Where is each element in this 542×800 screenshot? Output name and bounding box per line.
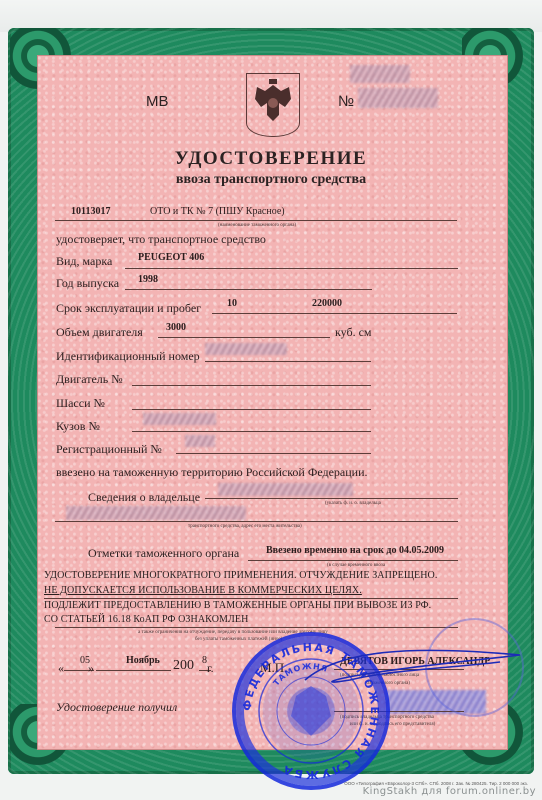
- usage-label: Срок эксплуатации и пробег: [56, 301, 201, 316]
- number-label: №: [338, 93, 354, 110]
- engine-no-label: Двигатель №: [56, 372, 123, 387]
- make-label: Вид, марка: [56, 254, 112, 269]
- document-subtitle: ввоза транспортного средства: [0, 172, 542, 188]
- customs-marks-caption: (в случае временного ввоза: [327, 563, 385, 568]
- date-year-abbr: г.: [207, 661, 214, 676]
- owner-caption-1: (указать ф. и. о. владельца: [325, 501, 381, 506]
- body-no-label: Кузов №: [56, 419, 100, 434]
- customs-note-2: НЕ ДОПУСКАЕТСЯ ИСПОЛЬЗОВАНИЕ В КОММЕРЧЕС…: [44, 585, 362, 596]
- receipt-label: Удостоверение получил: [56, 700, 177, 715]
- russian-coat-of-arms-icon: [246, 73, 300, 137]
- redacted-vin: [205, 343, 287, 355]
- year-label: Год выпуска: [56, 276, 119, 291]
- make-value: PEUGEOT 406: [138, 252, 204, 263]
- redacted-owner-name: [218, 483, 353, 496]
- series-label: МВ: [146, 93, 169, 110]
- customs-office: ОТО и ТК № 7 (ПШУ Красное): [150, 206, 285, 217]
- redacted-owner-address: [66, 506, 246, 520]
- date-open-quote: «: [58, 661, 64, 676]
- imported-text: ввезено на таможенную территорию Российс…: [56, 465, 368, 480]
- customs-marks-value: Ввезено временно на срок до 04.05.2009: [266, 545, 444, 556]
- engine-volume-value: 3000: [166, 322, 186, 333]
- redacted-number: [358, 88, 438, 108]
- intro-text: удостоверяет, что транспортное средство: [56, 232, 266, 247]
- owner-label: Сведения о владельце: [88, 490, 200, 505]
- customs-note-4: СО СТАТЬЕЙ 16.18 КоАП РФ ОЗНАКОМЛЕН: [44, 614, 248, 625]
- redacted-number-top: [350, 65, 410, 83]
- date-close-quote: »: [88, 661, 94, 676]
- usage-mileage: 220000: [312, 298, 342, 309]
- reg-no-label: Регистрационный №: [56, 442, 162, 457]
- year-value: 1998: [138, 274, 158, 285]
- watermark: KingStakh для forum.onliner.by: [363, 786, 536, 797]
- usage-years: 10: [227, 298, 237, 309]
- customs-marks-label: Отметки таможенного органа: [88, 546, 239, 561]
- vin-label: Идентификационный номер: [56, 349, 200, 364]
- engine-volume-unit: куб. см: [335, 325, 372, 340]
- customs-note-3: ПОДЛЕЖИТ ПРЕДОСТАВЛЕНИЮ В ТАМОЖЕННЫЕ ОРГ…: [44, 600, 431, 611]
- document-title: УДОСТОВЕРЕНИЕ: [0, 148, 542, 170]
- signature: [300, 640, 530, 710]
- customs-note-1: УДОСТОВЕРЕНИЕ МНОГОКРАТНОГО ПРИМЕНЕНИЯ. …: [44, 570, 437, 581]
- owner-caption-2: транспортного средства, адрес его места …: [188, 524, 302, 529]
- customs-office-caption: (наименование таможенного органа): [218, 223, 296, 228]
- redacted-body-no: [143, 413, 216, 425]
- customs-code: 10113017: [71, 206, 110, 217]
- chassis-no-label: Шасси №: [56, 396, 105, 411]
- date-year-prefix: 200: [173, 658, 194, 674]
- date-month: Ноябрь: [126, 655, 160, 666]
- engine-volume-label: Объем двигателя: [56, 325, 143, 340]
- redacted-reg-no: [185, 435, 215, 447]
